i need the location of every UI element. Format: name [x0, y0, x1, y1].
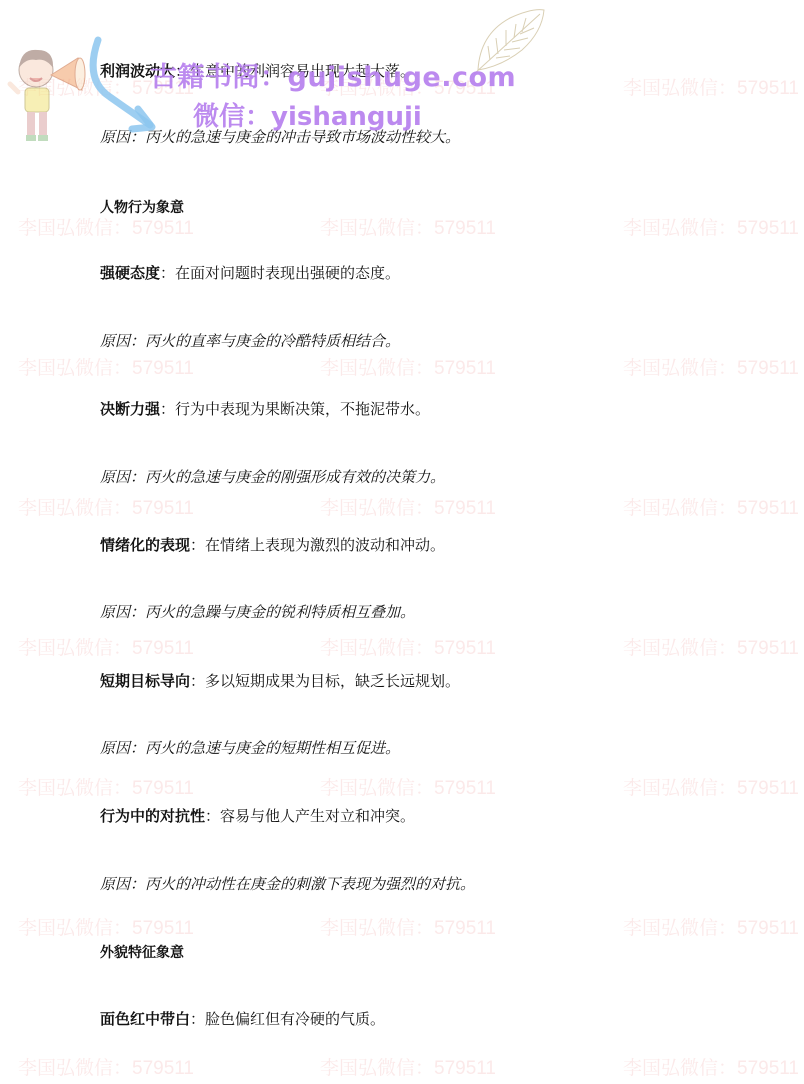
watermark-text: 李国弘微信：579511 — [623, 73, 799, 100]
trait-term: 情绪化的表现 — [100, 537, 190, 554]
trait-description: 容易与他人产生对立和冲突。 — [220, 808, 415, 825]
watermark-text: 李国弘微信：579511 — [18, 353, 194, 380]
section-heading: 外貌特征象意 — [100, 942, 184, 962]
reason-line: 原因：丙火的急速与庚金的刚强形成有效的决策力。 — [100, 468, 445, 488]
reason-line: 原因：丙火的直率与庚金的冷酷特质相结合。 — [100, 332, 400, 352]
watermark-text: 李国弘微信：579511 — [18, 213, 194, 240]
watermark-text: 李国弘微信：579511 — [320, 633, 496, 660]
watermark-text: 李国弘微信：579511 — [18, 773, 194, 800]
reason-line: 原因：丙火的急速与庚金的短期性相互促进。 — [100, 739, 400, 759]
watermark-text: 李国弘微信：579511 — [320, 913, 496, 940]
trait-separator: ： — [160, 265, 175, 282]
watermark-text: 李国弘微信：579511 — [320, 1053, 496, 1080]
trait-description: 在面对问题时表现出强硬的态度。 — [175, 265, 400, 282]
watermark-text: 李国弘微信：579511 — [18, 913, 194, 940]
watermark-text: 李国弘微信：579511 — [623, 1053, 799, 1080]
reason-line: 原因：丙火的冲动性在庚金的刺激下表现为强烈的对抗。 — [100, 875, 475, 895]
trait-term: 强硬态度 — [100, 265, 160, 282]
watermark-text: 李国弘微信：579511 — [623, 913, 799, 940]
trait-term: 短期目标导向 — [100, 673, 190, 690]
trait-term: 面色红中带白 — [100, 1011, 190, 1028]
reason-line: 原因：丙火的急速与庚金的冲击导致市场波动性较大。 — [100, 128, 460, 148]
trait-separator: ： — [205, 808, 220, 825]
trait-item: 面色红中带白：脸色偏红但有冷硬的气质。 — [100, 1010, 385, 1030]
watermark-text: 李国弘微信：579511 — [623, 633, 799, 660]
trait-item: 短期目标导向：多以短期成果为目标，缺乏长远规划。 — [100, 672, 460, 692]
watermark-text: 李国弘微信：579511 — [623, 213, 799, 240]
trait-item: 强硬态度：在面对问题时表现出强硬的态度。 — [100, 264, 400, 284]
curved-arrow-icon — [80, 35, 190, 135]
watermark-text: 李国弘微信：579511 — [18, 1053, 194, 1080]
trait-description: 脸色偏红但有冷硬的气质。 — [205, 1011, 385, 1028]
section-heading: 人物行为象意 — [100, 197, 184, 217]
cartoon-mascot-megaphone-icon — [6, 40, 96, 148]
trait-separator: ： — [190, 1011, 205, 1028]
reason-line: 原因：丙火的急躁与庚金的锐利特质相互叠加。 — [100, 603, 415, 623]
trait-separator: ： — [190, 537, 205, 554]
trait-item: 利润波动大：生意中的利润容易出现大起大落。 — [100, 62, 415, 82]
trait-item: 决断力强：行为中表现为果断决策，不拖泥带水。 — [100, 400, 430, 420]
watermark-text: 李国弘微信：579511 — [320, 493, 496, 520]
trait-term: 决断力强 — [100, 401, 160, 418]
watermark-text: 李国弘微信：579511 — [623, 353, 799, 380]
trait-description: 在情绪上表现为激烈的波动和冲动。 — [205, 537, 445, 554]
trait-description: 生意中的利润容易出现大起大落。 — [190, 63, 415, 80]
trait-term: 行为中的对抗性 — [100, 808, 205, 825]
trait-item: 行为中的对抗性：容易与他人产生对立和冲突。 — [100, 807, 415, 827]
trait-description: 多以短期成果为目标，缺乏长远规划。 — [205, 673, 460, 690]
trait-description: 行为中表现为果断决策，不拖泥带水。 — [175, 401, 430, 418]
watermark-text: 李国弘微信：579511 — [320, 773, 496, 800]
watermark-text: 李国弘微信：579511 — [18, 493, 194, 520]
trait-term: 利润波动大 — [100, 63, 175, 80]
trait-separator: ： — [175, 63, 190, 80]
leaf-icon — [470, 4, 550, 74]
trait-separator: ： — [190, 673, 205, 690]
watermark-text: 李国弘微信：579511 — [320, 213, 496, 240]
watermark-text: 李国弘微信：579511 — [623, 493, 799, 520]
trait-item: 情绪化的表现：在情绪上表现为激烈的波动和冲动。 — [100, 536, 445, 556]
watermark-text: 李国弘微信：579511 — [18, 633, 194, 660]
trait-separator: ： — [160, 401, 175, 418]
watermark-text: 李国弘微信：579511 — [320, 353, 496, 380]
watermark-text: 李国弘微信：579511 — [623, 773, 799, 800]
